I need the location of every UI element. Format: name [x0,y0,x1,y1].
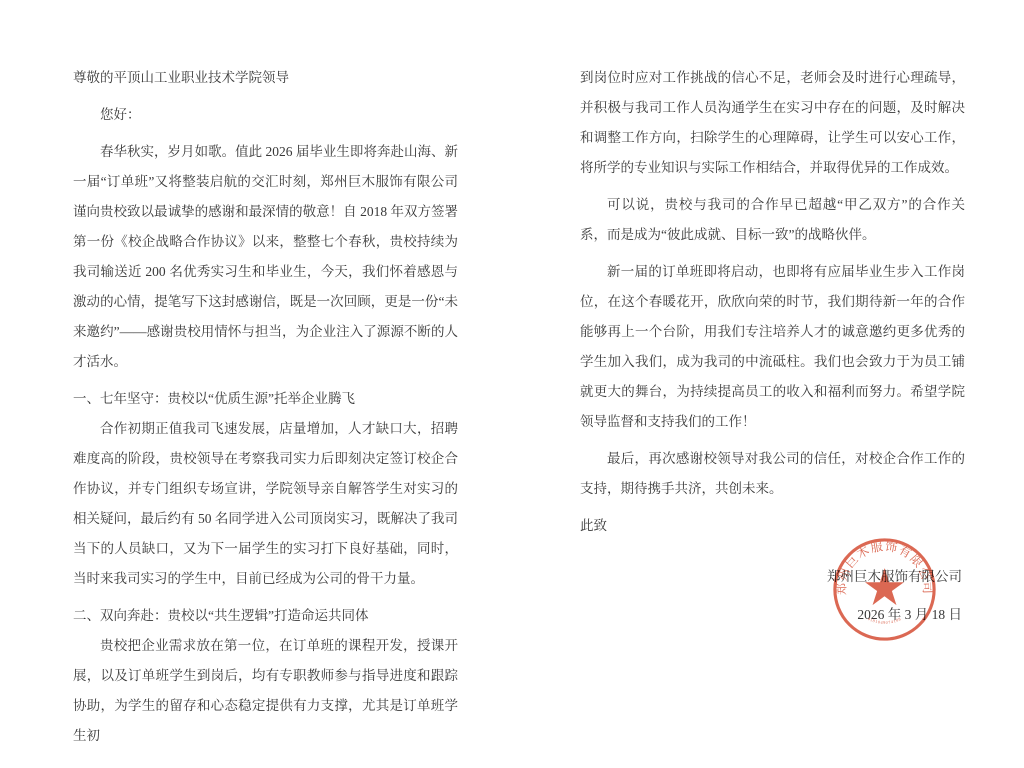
letter-document-page: 尊敬的平顶山工业职业技术学院领导您好：春华秋实，岁月如歌。值此 2026 届毕业… [0,0,1024,768]
letter-paragraph: 春华秋实，岁月如歌。值此 2026 届毕业生即将奔赴山海、新一届“订单班”又将整… [73,137,458,377]
letter-closing: 此致 [580,511,965,541]
letter-paragraph: 可以说，贵校与我司的合作早已超越“甲乙双方”的合作关系，而是成为“彼此成就、目标… [580,190,965,250]
letter-heading: 二、双向奔赴：贵校以“共生逻辑”打造命运共同体 [73,601,458,631]
letter-paragraph: 贵校把企业需求放在第一位，在订单班的课程开发，授课开展，以及订单班学生到岗后，均… [73,631,458,751]
letter-greeting: 您好： [73,100,458,130]
letter-paragraph: 最后，再次感谢校领导对我公司的信任，对校企合作工作的支持，期待携手共济，共创未来… [580,444,965,504]
letter-right-column: 到岗位时应对工作挑战的信心不足，老师会及时进行心理疏导，并积极与我司工作人员沟通… [580,63,965,541]
letter-salutation: 尊敬的平顶山工业职业技术学院领导 [73,63,458,93]
letter-continuation: 到岗位时应对工作挑战的信心不足，老师会及时进行心理疏导，并积极与我司工作人员沟通… [580,63,965,183]
letter-paragraph: 合作初期正值我司飞速发展，店量增加，人才缺口大，招聘难度高的阶段，贵校领导在考察… [73,414,458,594]
signature-date: 2026 年 3 月 18 日 [827,600,962,630]
signature-block: 郑州巨木服饰有限公司 2026 年 3 月 18 日 [827,562,962,630]
letter-left-column: 尊敬的平顶山工业职业技术学院领导您好：春华秋实，岁月如歌。值此 2026 届毕业… [73,63,458,751]
signature-company-name: 郑州巨木服饰有限公司 [827,562,962,592]
letter-heading: 一、七年坚守：贵校以“优质生源”托举企业腾飞 [73,384,458,414]
letter-paragraph: 新一届的订单班即将启动，也即将有应届毕业生步入工作岗位，在这个春暖花开，欣欣向荣… [580,257,965,437]
